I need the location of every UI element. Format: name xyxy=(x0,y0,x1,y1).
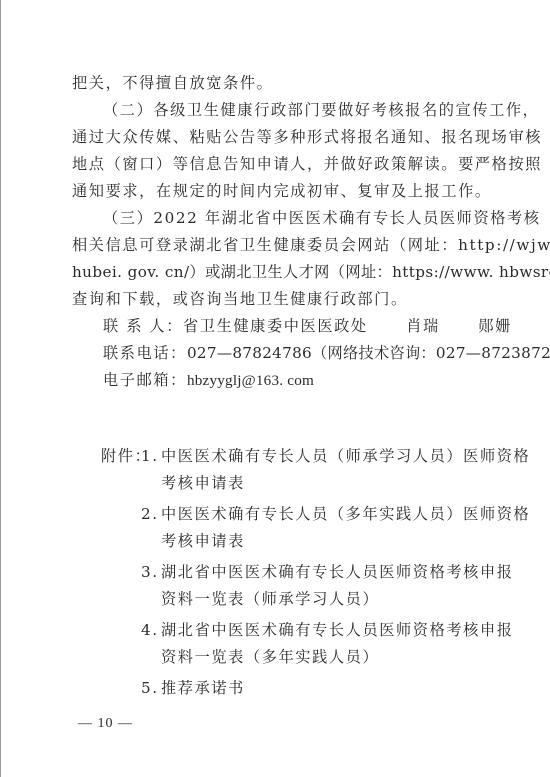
attachment-2-line-2: 考核申请表 xyxy=(161,531,245,551)
attachment-4-line-2: 资料一览表（多年实践人员） xyxy=(161,647,379,667)
contact-phone-label: 联系电话： xyxy=(103,344,187,362)
section-2-line-4: 通知要求，在规定的时间内完成初审、复审及上报工作。 xyxy=(72,181,492,201)
contact-email-value[interactable]: hbzyyglj@163. com xyxy=(187,372,314,389)
attachment-2-number: 2. xyxy=(141,504,159,524)
attachment-2-line-1: 中医医术确有专长人员（多年实践人员）医师资格 xyxy=(161,504,530,524)
section-3-line-2: 相关信息可登录湖北省卫生健康委员会网站（网址：http://wjw. xyxy=(72,235,550,255)
contact-person-value: 省卫生健康委中医医政处 肖瑞 郧姗 xyxy=(183,317,512,335)
page-edge-line xyxy=(0,0,1,777)
contact-email-row: 电子邮箱：hbzyyglj@163. com xyxy=(103,370,314,390)
section-3-line-1: （三）2022 年湖北省中医医术确有专长人员医师资格考核 xyxy=(103,208,541,228)
contact-person-row: 联 系 人：省卫生健康委中医医政处 肖瑞 郧姗 xyxy=(103,316,512,336)
attachment-3-line-2: 资料一览表（师承学习人员） xyxy=(161,589,379,609)
attachment-5-line-1: 推荐承诺书 xyxy=(161,678,245,698)
section-2-line-2: 通过大众传媒、粘贴公告等多种形式将报名通知、报名现场审核 xyxy=(72,127,542,147)
page-number: — 10 — xyxy=(78,716,133,732)
attachment-1-number: 1. xyxy=(141,446,159,466)
attachment-5-number: 5. xyxy=(141,678,159,698)
contact-phone-value: 027—87824786（网络技术咨询：027—87238725） xyxy=(187,344,550,362)
attachment-4-line-1: 湖北省中医医术确有专长人员医师资格考核申报 xyxy=(161,620,514,640)
section-2-line-3: 地点（窗口）等信息告知申请人，并做好政策解读。要严格按照 xyxy=(72,154,542,174)
contact-phone-row: 联系电话：027—87824786（网络技术咨询：027—87238725） xyxy=(103,343,550,363)
attachment-1-line-2: 考核申请表 xyxy=(161,473,245,493)
contact-person-label: 联 系 人： xyxy=(103,317,183,335)
contact-email-label: 电子邮箱： xyxy=(103,371,187,389)
section-2-line-1: （二）各级卫生健康行政部门要做好考核报名的宣传工作， xyxy=(103,100,539,120)
section-3-line-3: hubei. gov. cn/）或湖北卫生人才网（网址：https://www.… xyxy=(72,262,550,282)
attachment-3-number: 3. xyxy=(141,562,159,582)
attachment-4-number: 4. xyxy=(141,620,159,640)
attachment-3-line-1: 湖北省中医医术确有专长人员医师资格考核申报 xyxy=(161,562,514,582)
attachment-1-line-1: 中医医术确有专长人员（师承学习人员）医师资格 xyxy=(161,446,530,466)
paragraph-continuation-line: 把关，不得擅自放宽条件。 xyxy=(72,73,273,93)
section-3-line-4: 查询和下载，或咨询当地卫生健康行政部门。 xyxy=(72,289,408,309)
